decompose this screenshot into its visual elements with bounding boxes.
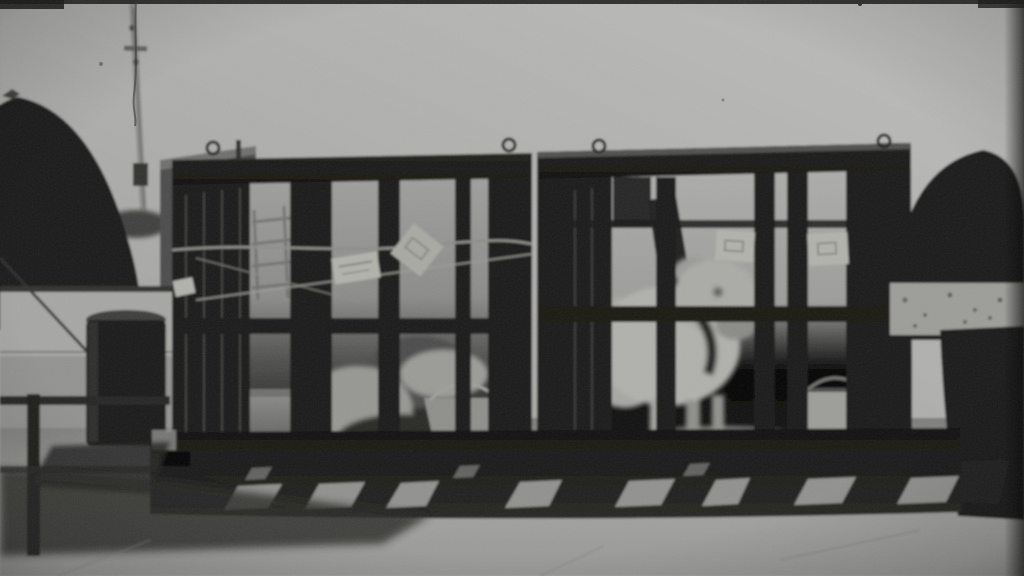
archival-photo: Black-and-white archival film frame: two… — [0, 0, 1024, 576]
film-grain-overlay — [0, 0, 1024, 576]
photo-canvas — [0, 0, 1024, 576]
